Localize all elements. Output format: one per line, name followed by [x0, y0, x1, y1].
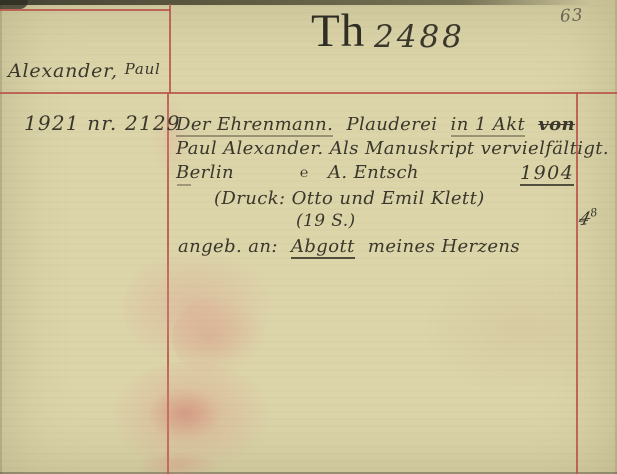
author-last-name: Alexander [8, 60, 111, 82]
ruling-upper-vertical [169, 4, 171, 93]
entry-title-line: Der Ehrenmann. Plauderei in 1 Akt von [176, 114, 575, 135]
place-pencil-underline [177, 184, 191, 186]
pages-note: (19 S.) [296, 211, 356, 231]
scan-edge-left [0, 0, 2, 474]
printer-note: (Druck: Otto und Emil Klett) [214, 188, 485, 209]
bound-with-note: angeb. an: Abgott meines Herzens [178, 236, 520, 257]
stain-blob [148, 388, 220, 440]
stain-blob [108, 362, 273, 474]
author-heading: Alexander, Paul [8, 60, 161, 82]
entry-imprint-line: Berlin ℮ A. Entsch 1904 [176, 162, 586, 188]
accession-number: 1921 nr. 2129 [24, 111, 181, 135]
catalog-card-scan: 63 Th 2488 Alexander, Paul 1921 nr. 2129… [0, 0, 617, 474]
format-mark-superscript: 8 [590, 206, 599, 220]
stain-blob [420, 262, 617, 397]
shelfmark-prefix: Th [311, 8, 365, 55]
insertion-mark: ℮ [300, 165, 309, 182]
ruling-main-horizontal [0, 92, 617, 94]
ruling-left-column-vertical [167, 93, 169, 474]
scan-corner-top-left [0, 0, 28, 9]
imprint-year: 1904 [520, 162, 574, 186]
subtitle-pre: Plauderei [346, 114, 437, 135]
subtitle-underlined: in 1 Akt [451, 114, 526, 137]
imprint-place: Berlin [176, 162, 234, 183]
bound-with-rest: meines Herzens [368, 236, 520, 257]
page-number: 63 [559, 5, 584, 27]
ruling-top-left-horizontal [0, 9, 170, 11]
scan-edge-top [0, 0, 617, 5]
bound-with-label: angeb. an: [178, 236, 278, 257]
shelfmark-number: 2488 [374, 19, 465, 55]
imprint-publisher: A. Entsch [328, 162, 419, 183]
entry-author-line: Paul Alexander. Als Manuskript vervielfä… [176, 138, 609, 159]
author-first-name: Paul [125, 60, 161, 78]
title-underlined: Der Ehrenmann. [176, 114, 333, 137]
stain-blob [138, 452, 216, 474]
struck-word: von [538, 114, 575, 135]
author-separator: , [111, 60, 118, 82]
bound-with-title: Abgott [291, 236, 355, 259]
stain-blob [172, 296, 267, 378]
format-mark: 48 [578, 208, 599, 230]
stain-blob [123, 248, 278, 366]
